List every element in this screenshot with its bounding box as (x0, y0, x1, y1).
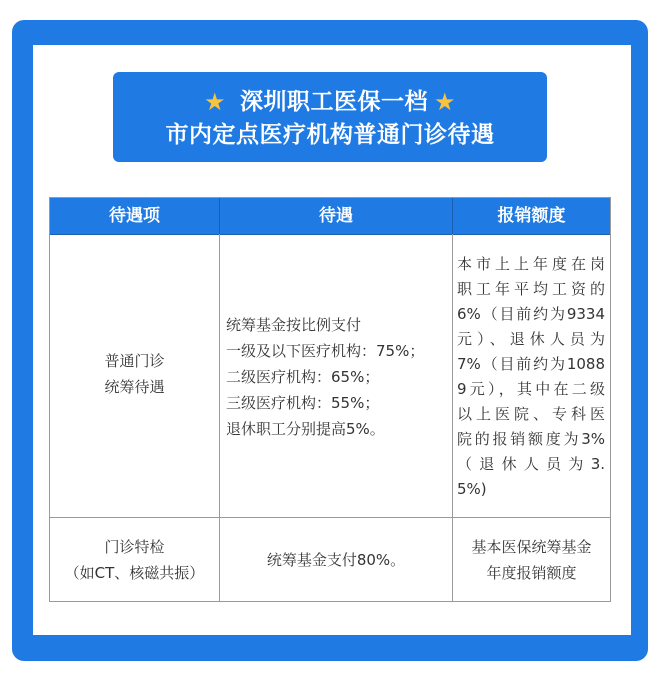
header-limit: 报销额度 (453, 198, 610, 234)
item-line: 门诊特检 (50, 534, 219, 560)
title-main: 深圳职工医保一档 (240, 89, 428, 115)
item-line: （如CT、核磁共振） (50, 560, 219, 586)
limit-line: 基本医保统筹基金 (453, 534, 610, 560)
benefit-line: 三级医疗机构：55%； (226, 390, 424, 416)
column-divider (452, 198, 453, 234)
benefits-table: 待遇项 待遇 报销额度 普通门诊 统筹待遇 统筹基金按比例支付 一级及以下医疗机… (49, 197, 611, 602)
table-row-2-benefit: 统筹基金支付80%。 (220, 547, 452, 573)
benefit-line: 统筹基金按比例支付 (226, 312, 424, 338)
table-row-1-item: 普通门诊 统筹待遇 (50, 348, 219, 400)
title-line-2: 市内定点医疗机构普通门诊待遇 (113, 121, 547, 149)
limit-line: 5%) (457, 477, 605, 502)
benefit-line: 退休职工分别提高5%。 (226, 416, 424, 442)
benefit-line: 二级医疗机构：65%； (226, 364, 424, 390)
title-banner: ★深圳职工医保一档★ 市内定点医疗机构普通门诊待遇 (113, 72, 547, 162)
limit-line: 7%（目前约为1088 (457, 352, 605, 377)
star-icon: ★ (204, 88, 226, 116)
limit-line: 职工年平均工资的 (457, 277, 605, 302)
table-row-1-limit: 本市上上年度在岗 职工年平均工资的 6%（目前约为9334 元）、退休人员为 7… (457, 252, 605, 502)
item-line: 统筹待遇 (50, 374, 219, 400)
limit-line: 年度报销额度 (453, 560, 610, 586)
limit-line: 9元），其中在二级 (457, 377, 605, 402)
table-row-2-limit: 基本医保统筹基金 年度报销额度 (453, 534, 610, 586)
table-header: 待遇项 待遇 报销额度 (50, 198, 610, 235)
header-benefit: 待遇 (220, 198, 452, 234)
table-row-2-item: 门诊特检 （如CT、核磁共振） (50, 534, 219, 586)
limit-line: 元）、退休人员为 (457, 327, 605, 352)
table-row-1-benefit: 统筹基金按比例支付 一级及以下医疗机构：75%； 二级医疗机构：65%； 三级医… (226, 312, 424, 442)
header-item: 待遇项 (50, 198, 219, 234)
limit-line: （退休人员为3. (457, 452, 605, 477)
column-divider (219, 234, 220, 601)
limit-line: 院的报销额度为3% (457, 427, 605, 452)
benefit-line: 一级及以下医疗机构：75%； (226, 338, 424, 364)
benefit-line: 统筹基金支付80%。 (220, 547, 452, 573)
item-line: 普通门诊 (50, 348, 219, 374)
column-divider (219, 198, 220, 234)
row-divider (50, 517, 610, 518)
limit-line: 本市上上年度在岗 (457, 252, 605, 277)
limit-line: 6%（目前约为9334 (457, 302, 605, 327)
limit-line: 以上医院、专科医 (457, 402, 605, 427)
title-line-1: ★深圳职工医保一档★ (113, 88, 547, 116)
star-icon: ★ (434, 88, 456, 116)
